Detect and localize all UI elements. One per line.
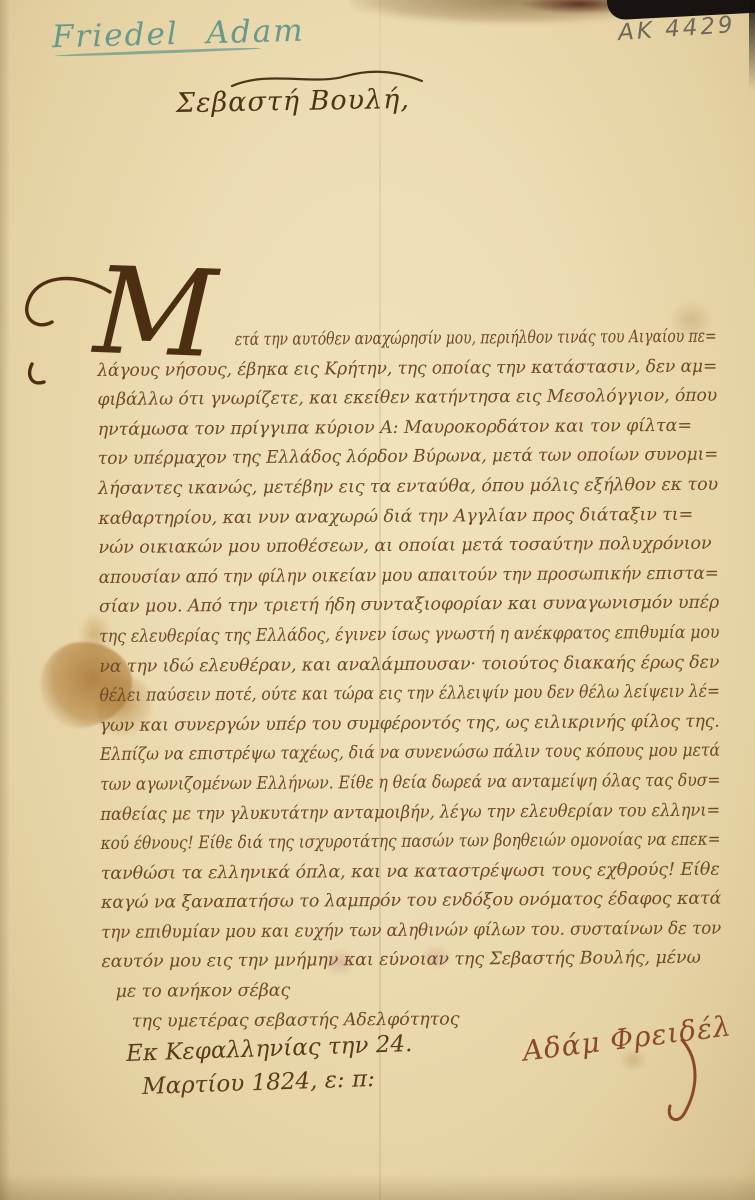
- right-edge-dark-strip: [749, 0, 755, 90]
- letter-body-line: με το ανήκον σέβας: [116, 978, 722, 1012]
- signature-flourish-stroke: [648, 1036, 708, 1126]
- letter-photograph: Friedel Adam ΑΚ 4429 Σεβαστή Βουλή, Μ ετ…: [0, 0, 755, 1200]
- letter-body-line: καγώ να ξαναπατήσω το λαμπρόν του ενδόξο…: [101, 889, 719, 923]
- paper-left-shadow: [0, 0, 10, 1200]
- letter-body-line: φιβάλλω ότι γνωρίζετε, και εκείθεν κατήν…: [97, 386, 707, 420]
- letter-body-line: απουσίαν από την φίλην οικείαν μου απαιτ…: [99, 564, 695, 598]
- letter-body-line: της ελευθερίας της Ελλάδος, έγινεν ίσως …: [99, 623, 658, 656]
- letter-body-line: Ελπίζω να επιστρέψω ταχέως, διά να συνεν…: [100, 741, 659, 774]
- paper-bottom-shadow: [0, 1174, 755, 1200]
- letter-body-line: ηντάμωσα τον πρίγγιπα κύριον Α: Μαυροκορ…: [98, 415, 718, 449]
- salutation-text: Σεβαστή Βουλή,: [176, 84, 410, 119]
- letter-body-line: την επιθυμίαν μου και ευχήν των αληθινών…: [101, 919, 692, 953]
- letter-paper: Friedel Adam ΑΚ 4429 Σεβαστή Βουλή, Μ ετ…: [0, 0, 755, 1200]
- letter-body-line: θέλει παύσειν ποτέ, ούτε και τώρα εις τη…: [99, 682, 652, 715]
- letter-body-line: των αγωνιζομένων Ελλήνων. Είθε η θεία δω…: [100, 771, 656, 804]
- letter-body-line: να την ιδώ ελευθέραν, και αναλάμπουσαν· …: [99, 652, 715, 686]
- letter-body-line: ετά την αυτόθεν αναχώρησίν μου, περιήλθο…: [97, 328, 593, 361]
- letter-body-line: τανθώσι τα ελληνικά όπλα, και να καταστρ…: [101, 859, 721, 893]
- letter-body-line: παθείας με την γλυκυτάτην ανταμοιβήν, λέ…: [100, 800, 679, 834]
- letter-body-line: κού έθνους! Είθε διά της ισχυροτάτης πασ…: [101, 830, 646, 863]
- letter-body-line: λάγους νήσους, έβηκα εις Κρήτην, της οπο…: [97, 356, 702, 390]
- letter-body: ετά την αυτόθεν αναχώρησίν μου, περιήλθο…: [97, 327, 722, 1042]
- letter-body-line: εαυτόν μου εις την μνήμην και εύνοιαν τη…: [101, 948, 721, 982]
- letter-body-line: γων και συνεργών υπέρ του συμφέροντός τη…: [100, 711, 708, 745]
- date-line: Μαρτίου 1824, ε: π:: [142, 1066, 376, 1100]
- letter-body-line: λήσαντες ικανώς, μετέβην εις τα ενταύθα,…: [98, 475, 718, 509]
- letter-body-line: καθαρτηρίου, και νυν αναχωρώ διά την Αγγ…: [98, 504, 718, 538]
- letter-body-line: νών οικιακών μου υποθέσεων, αι οποίαι με…: [98, 534, 718, 568]
- letter-body-line: σίαν μου. Από την τριετή ήδη συνταξιοφορ…: [99, 593, 715, 627]
- archivist-name-annotation: Friedel Adam: [52, 13, 306, 56]
- letter-body-line: τον υπέρμαχον της Ελλάδος λόρδον Βύρωνα,…: [98, 445, 703, 479]
